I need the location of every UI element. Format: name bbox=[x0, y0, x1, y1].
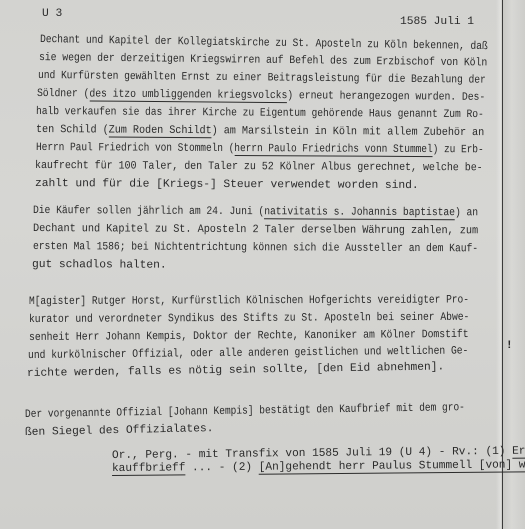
source-note-line: kauffbrieff ... - (2) [An]gehendt herr P… bbox=[112, 459, 525, 475]
text-span: gut schadlos halten. bbox=[32, 259, 167, 272]
text-span: ... - (2) bbox=[185, 462, 258, 475]
text-span: ten Schild ( bbox=[36, 124, 109, 137]
text-span: senheit Herr Johann Kempis, Doktor der R… bbox=[29, 329, 469, 344]
summary-line: ten Schild (Zum Roden Schildt) am Marsil… bbox=[36, 124, 484, 139]
payment-line: Dechant und Kapitel zu St. Aposteln 2 Ta… bbox=[33, 223, 478, 237]
text-span: Die Käufer sollen jährlich am 24. Juni ( bbox=[33, 205, 264, 218]
oath-line: senheit Herr Johann Kempis, Doktor der R… bbox=[29, 329, 469, 344]
summary-line: zahlt und für die [Kriegs-] Steuer verwe… bbox=[35, 178, 419, 192]
text-span: kaufrecht für 100 Taler, den Taler zu 52… bbox=[35, 160, 483, 174]
text-span: ersten Mal 1586; bei Nichtentrichtung kö… bbox=[33, 241, 478, 255]
document-page: U 3 1585 Juli 1 Dechant und Kapitel der … bbox=[0, 0, 500, 529]
summary-line: Söldner (des itzo umbliggenden kriegsvol… bbox=[37, 88, 485, 104]
margin-mark: ! bbox=[506, 340, 513, 352]
oath-line: richte werden, falls es nötig sein sollt… bbox=[27, 361, 444, 380]
oath-line: kurator und verordneter Syndikus des Sti… bbox=[29, 312, 469, 326]
text-span: und kurkölnischer Offizial, oder alle an… bbox=[28, 345, 468, 362]
text-span: zahlt und für die [Kriegs-] Steuer verwe… bbox=[35, 178, 419, 192]
underlined-quote: Zum Roden Schildt bbox=[109, 125, 212, 139]
text-span: halb verkaufen sie das ihrer Kirche zu E… bbox=[36, 106, 484, 121]
text-span: und Kurfürsten gewählten Ernst zu einer … bbox=[38, 70, 486, 87]
text-span: ) am Marsilstein in Köln mit allem Zubeh… bbox=[212, 125, 485, 139]
underlined-quote: nativitatis s. Johannis baptistae bbox=[264, 206, 455, 220]
underlined-quote: Erb- bbox=[512, 446, 525, 459]
text-span: Söldner ( bbox=[37, 88, 90, 100]
seal-line: Der vorgenannte Offizial [Johann Kempis]… bbox=[25, 402, 465, 421]
text-span: Dechant und Kapitel zu St. Aposteln 2 Ta… bbox=[33, 223, 478, 237]
document-date: 1585 Juli 1 bbox=[400, 16, 474, 28]
text-span: M[agister] Rutger Horst, Kurfürstlich Kö… bbox=[29, 294, 469, 308]
text-span: sie wegen der derzeitigen Kriegswirren a… bbox=[39, 52, 487, 69]
underlined-quote: des itzo umbliggenden kriegsvolcks bbox=[89, 88, 287, 103]
seal-line: ßen Siegel des Offizialates. bbox=[25, 423, 214, 439]
summary-line: Dechant und Kapitel der Kollegiatskirche… bbox=[40, 34, 488, 53]
text-span: Der vorgenannte Offizial [Johann Kempis]… bbox=[25, 402, 465, 421]
text-span: richte werden, falls es nötig sein sollt… bbox=[27, 361, 444, 380]
payment-line: ersten Mal 1586; bei Nichtentrichtung kö… bbox=[33, 241, 478, 255]
summary-line: Herrn Paul Friedrich von Stommeln (herrn… bbox=[36, 142, 484, 156]
text-span: ) erneut herangezogen wurden. Des- bbox=[287, 90, 485, 104]
text-span: kurator und verordneter Syndikus des Sti… bbox=[29, 312, 469, 326]
document-id: U 3 bbox=[42, 8, 62, 20]
text-span: Dechant und Kapitel der Kollegiatskirche… bbox=[40, 34, 488, 53]
text-span: ßen Siegel des Offizialates. bbox=[25, 423, 214, 439]
underlined-quote: herrn Paulo Friedrichs vonn Stummel bbox=[234, 143, 432, 157]
summary-line: sie wegen der derzeitigen Kriegswirren a… bbox=[39, 52, 487, 69]
summary-line: und Kurfürsten gewählten Ernst zu einer … bbox=[38, 70, 486, 87]
oath-line: und kurkölnischer Offizial, oder alle an… bbox=[28, 345, 468, 362]
payment-line: Die Käufer sollen jährlich am 24. Juni (… bbox=[33, 205, 478, 219]
payment-line: gut schadlos halten. bbox=[32, 259, 167, 272]
text-span: ) an bbox=[455, 207, 478, 219]
oath-line: M[agister] Rutger Horst, Kurfürstlich Kö… bbox=[29, 294, 469, 308]
underlined-quote: kauffbrieff bbox=[112, 462, 185, 476]
text-span: Herrn Paul Friedrich von Stommeln ( bbox=[36, 142, 234, 155]
underlined-quote: [An]gehendt herr Paulus Stummell [von] w… bbox=[259, 459, 525, 474]
summary-line: kaufrecht für 100 Taler, den Taler zu 52… bbox=[35, 160, 483, 174]
text-span: ) zu Erb- bbox=[433, 144, 484, 156]
summary-line: halb verkaufen sie das ihrer Kirche zu E… bbox=[36, 106, 484, 121]
